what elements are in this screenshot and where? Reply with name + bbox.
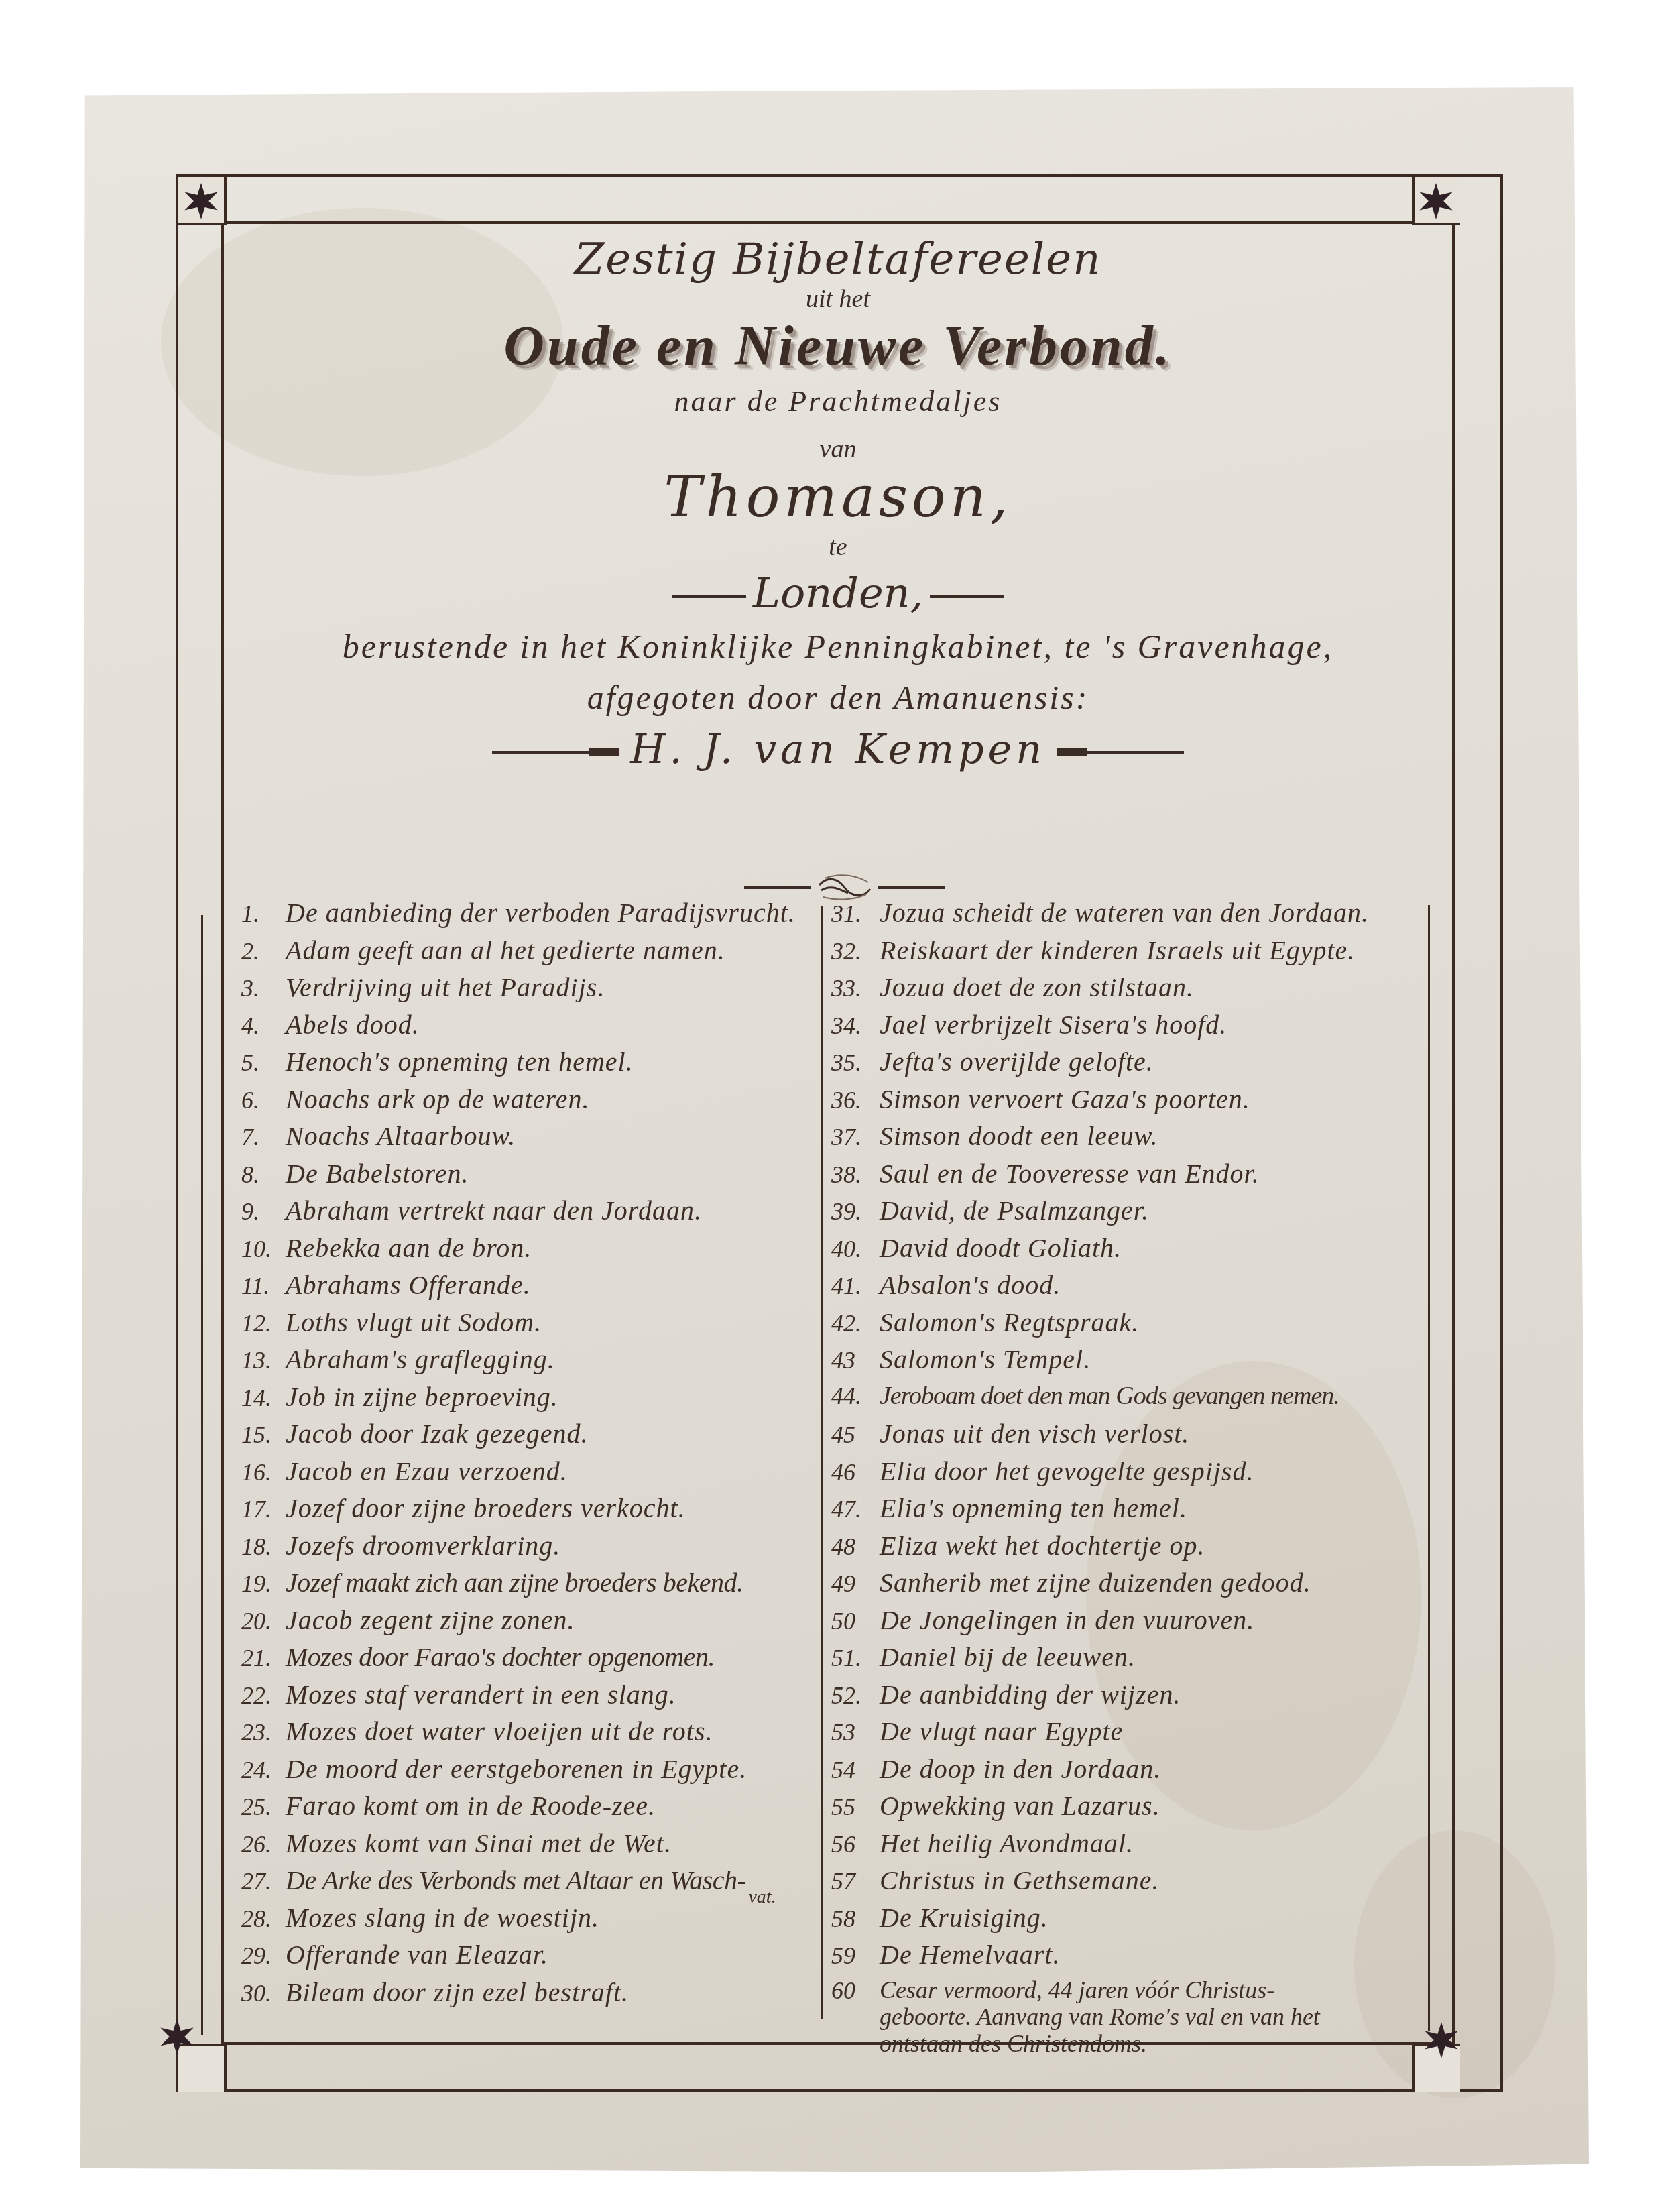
title-line-1: Zestig Bijbeltafereelen [221, 235, 1455, 284]
list-item: 58De Kruisiging. [831, 1902, 1435, 1940]
list-item: 27.De Arke des Verbonds met Altaar en Wa… [241, 1864, 818, 1902]
list-item: 40.David doodt Goliath. [831, 1232, 1435, 1270]
list-item: 20.Jacob zegent zijne zonen. [241, 1604, 818, 1642]
list-item: 46Elia door het gevogelte gespijsd. [831, 1456, 1435, 1493]
list-item: 41.Absalon's dood. [831, 1269, 1435, 1307]
list-item: 4.Abels dood. [241, 1009, 818, 1047]
list-item: 39.David, de Psalmzanger. [831, 1195, 1435, 1232]
location-line: berustende in het Koninklijke Penningkab… [221, 627, 1455, 666]
list-item: 60 Cesar vermoord, 44 jaren vóór Christu… [831, 1976, 1435, 2057]
list-item: 16.Jacob en Ezau verzoend. [241, 1456, 818, 1493]
list-item: 11.Abrahams Offerande. [241, 1269, 818, 1307]
list-item: 56Het heilig Avondmaal. [831, 1828, 1435, 1865]
title-line-6: te [221, 532, 1455, 562]
list-item: 54De doop in den Jordaan. [831, 1753, 1435, 1791]
list-item: 34.Jael verbrijzelt Sisera's hoofd. [831, 1009, 1435, 1047]
list-item: 57Christus in Gethsemane. [831, 1864, 1435, 1902]
list-item: 33.Jozua doet de zon stilstaan. [831, 971, 1435, 1009]
dash-right [1057, 751, 1184, 754]
title-line-5: van [221, 434, 1455, 464]
city-line: Londen, [221, 569, 1455, 617]
dash-left [492, 751, 619, 754]
list-item: 15.Jacob door Izak gezegend. [241, 1418, 818, 1456]
list-item: 51.Daniel bij de leeuwen. [831, 1641, 1435, 1679]
list-item: 21.Mozes door Farao's dochter opgenomen. [241, 1641, 818, 1679]
list-item: 26.Mozes komt van Sinai met de Wet. [241, 1828, 818, 1865]
list-item: 24.De moord der eerstgeborenen in Egypte… [241, 1753, 818, 1791]
copied-by-line: afgegoten door den Amanuensis: [221, 678, 1455, 717]
list-item: 47.Elia's opneming ten hemel. [831, 1492, 1435, 1530]
list-item: 48Eliza wekt het dochtertje op. [831, 1530, 1435, 1567]
list-item: 14.Job in zijne beproeving. [241, 1381, 818, 1419]
list-item: 12.Loths vlugt uit Sodom. [241, 1307, 818, 1344]
title-line-2: uit het [221, 284, 1455, 314]
list-item: 8.De Babelstoren. [241, 1158, 818, 1195]
list-item: 9.Abraham vertrekt naar den Jordaan. [241, 1195, 818, 1232]
list-item: 10.Rebekka aan de bron. [241, 1232, 818, 1270]
list-item: 38.Saul en de Tooveresse van Endor. [831, 1158, 1435, 1195]
list-item: 25.Farao komt om in de Roode-zee. [241, 1790, 818, 1828]
list-item: 32.Reiskaart der kinderen Israels uit Eg… [831, 935, 1435, 972]
author-line: H. J. van Kempen [221, 726, 1455, 773]
scene-list-left: 1.De aanbieding der verboden Paradijsvru… [241, 897, 818, 2013]
list-item: 49Sanherib met zijne duizenden gedood. [831, 1567, 1435, 1604]
city-name: Londen, [753, 569, 923, 617]
star-icon [182, 182, 220, 220]
dash-right [930, 595, 1004, 598]
list-item: 1.De aanbieding der verboden Paradijsvru… [241, 897, 818, 935]
left-column-rule [201, 915, 203, 2035]
list-item: 3.Verdrijving uit het Paradijs. [241, 971, 818, 1009]
list-item: 44.Jeroboam doet den man Gods gevangen n… [831, 1381, 1435, 1419]
list-item: 19.Jozef maakt zich aan zijne broeders b… [241, 1567, 818, 1604]
list-item: 23.Mozes doet water vloeijen uit de rots… [241, 1716, 818, 1753]
list-item: 6.Noachs ark op de wateren. [241, 1083, 818, 1121]
list-item: 50De Jongelingen in den vuuroven. [831, 1604, 1435, 1642]
list-item: 17.Jozef door zijne broeders verkocht. [241, 1492, 818, 1530]
list-item: 35.Jefta's overijlde gelofte. [831, 1046, 1435, 1083]
list-item: 13.Abraham's graflegging. [241, 1344, 818, 1381]
list-item: 30.Bileam door zijn ezel bestraft. [241, 1976, 818, 2014]
list-item: 55Opwekking van Lazarus. [831, 1790, 1435, 1828]
medalist-name: Thomason, [221, 464, 1455, 530]
list-item: 52.De aanbidding der wijzen. [831, 1679, 1435, 1716]
star-icon [1417, 182, 1455, 220]
list-item: 7.Noachs Altaarbouw. [241, 1120, 818, 1158]
title-block: Zestig Bijbeltafereelen uit het Oude en … [221, 228, 1455, 773]
dash-left [672, 595, 746, 598]
title-main: Oude en Nieuwe Verbond. [221, 314, 1455, 379]
list-item: 36.Simson vervoert Gaza's poorten. [831, 1083, 1435, 1121]
list-item: 45Jonas uit den visch verlost. [831, 1418, 1435, 1456]
list-item: 42.Salomon's Regtspraak. [831, 1307, 1435, 1344]
list-item: 43Salomon's Tempel. [831, 1344, 1435, 1381]
list-item: 31.Jozua scheidt de wateren van den Jord… [831, 897, 1435, 935]
list-item: 53De vlugt naar Egypte [831, 1716, 1435, 1753]
list-item: 59De Hemelvaart. [831, 1939, 1435, 1976]
list-item: 37.Simson doodt een leeuw. [831, 1120, 1435, 1158]
list-item: 5.Henoch's opneming ten hemel. [241, 1046, 818, 1083]
list-item: 18.Jozefs droomverklaring. [241, 1530, 818, 1567]
star-icon [158, 2018, 196, 2056]
author-name: H. J. van Kempen [630, 726, 1046, 773]
list-item: 2.Adam geeft aan al het gedierte namen. [241, 935, 818, 972]
scene-list-right: 31.Jozua scheidt de wateren van den Jord… [831, 897, 1435, 2057]
column-divider [821, 906, 823, 2019]
title-line-4: naar de Prachtmedaljes [221, 384, 1455, 418]
list-item: 28.Mozes slang in de woestijn. [241, 1902, 818, 1940]
list-item: 29.Offerande van Eleazar. [241, 1939, 818, 1976]
multi-line-entry: Cesar vermoord, 44 jaren vóór Christus- … [880, 1976, 1320, 2057]
list-item: 22.Mozes staf verandert in een slang. [241, 1679, 818, 1716]
